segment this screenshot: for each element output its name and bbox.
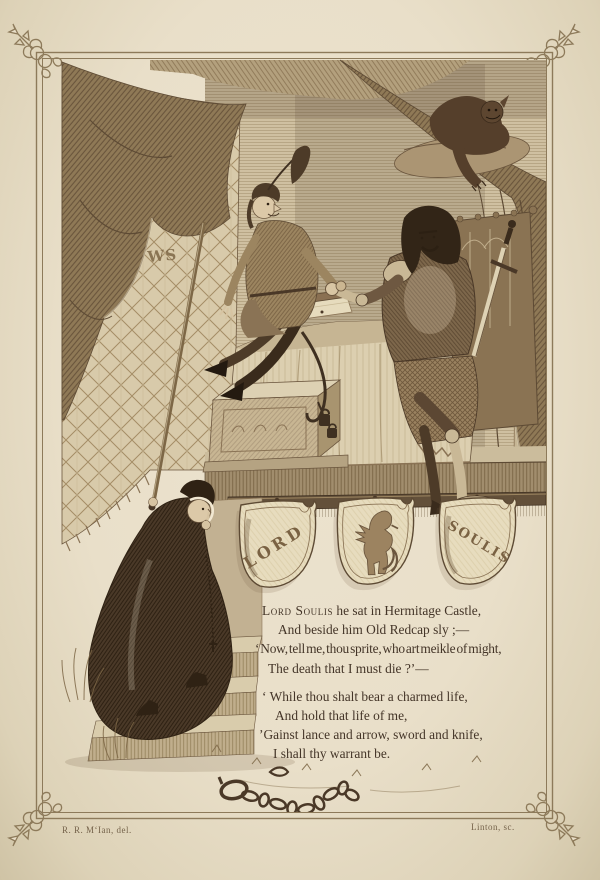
poem-line: I shall thy warrant be.	[273, 744, 501, 763]
poem-line: And beside him Old Redcap sly ;—	[278, 620, 501, 639]
ballad-text: Lord Soulis he sat in Hermitage Castle, …	[228, 601, 501, 764]
poem-line: Lord Soulis he sat in Hermitage Castle,	[262, 601, 501, 620]
shield-soulis: SOULIS	[435, 498, 516, 590]
poem-line: ‘ While thou shalt bear a charmed life,	[262, 687, 501, 706]
corner-ornament-icon	[9, 792, 62, 846]
corner-ornament-icon	[9, 24, 62, 78]
poem-line: And hold that life of me,	[275, 706, 501, 725]
knee-poleyn	[445, 429, 459, 443]
tapestry-monogram: WS	[146, 245, 178, 266]
chain	[219, 768, 360, 818]
shield-lord: LORD	[235, 501, 316, 593]
imp-head	[481, 101, 503, 123]
poem-stanza-2: ‘ While thou shalt bear a charmed life, …	[228, 687, 501, 764]
poem-stanza-1: Lord Soulis he sat in Hermitage Castle, …	[228, 601, 501, 678]
book-page: WS WS	[0, 0, 600, 880]
poem-line: ’Gainst lance and arrow, sword and knife…	[259, 725, 501, 744]
shield-lion	[333, 498, 414, 590]
engraver-credit: Linton, sc.	[471, 822, 515, 832]
artist-credit: R. R. M‘Ian, del.	[62, 825, 132, 835]
poem-lead-smallcaps: Lord Soulis	[262, 603, 333, 618]
poem-line: The death that I must die ?’—	[268, 659, 501, 678]
jester-head	[253, 196, 276, 219]
poem-line: ‘ Now, tell me, thou sprite, who art mei…	[255, 639, 501, 658]
